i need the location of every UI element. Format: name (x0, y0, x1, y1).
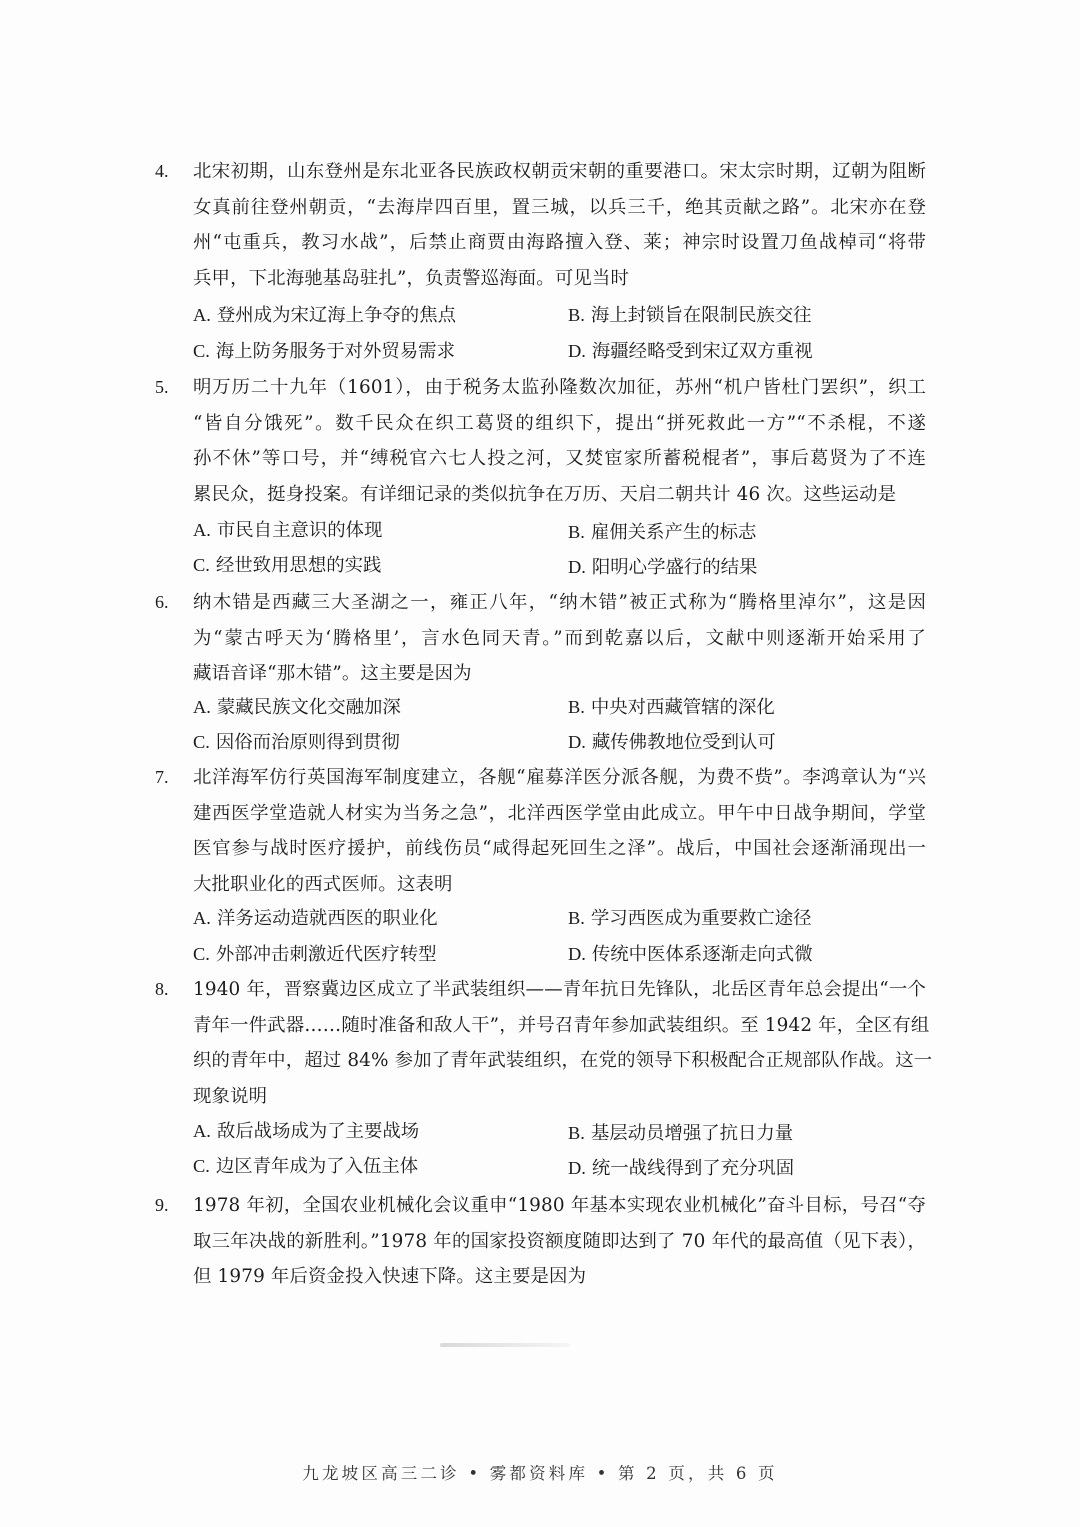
option-b[interactable]: B.雇佣关系产生的标志 (568, 515, 756, 551)
option-text: 海疆经略受到宋辽双方重视 (592, 341, 813, 362)
option-letter: C. (193, 1156, 210, 1176)
option-b[interactable]: B.基层动员增强了抗日力量 (568, 1116, 793, 1152)
option-c[interactable]: C.海上防务服务于对外贸易需求 (193, 334, 455, 370)
option-text: 基层动员增强了抗日力量 (591, 1123, 793, 1144)
option-letter: D. (568, 944, 586, 964)
question-number: 5. (155, 370, 169, 406)
stem-line: 1978 年初，全国农业机械化会议重申“1980 年基本实现农业机械化”奋斗目标… (193, 1188, 926, 1224)
option-a[interactable]: A.敌后战场成为了主要战场 (193, 1114, 419, 1150)
option-text: 蒙藏民族文化交融加深 (217, 697, 401, 718)
option-text: 登州成为宋辽海上争夺的焦点 (217, 305, 456, 326)
option-text: 敌后战场成为了主要战场 (217, 1121, 419, 1142)
option-text: 传统中医体系逐渐走向式微 (592, 944, 813, 965)
option-letter: B. (568, 908, 585, 928)
stem-line: 但 1979 年后资金投入快速下降。这主要是因为 (193, 1259, 926, 1295)
question-stem: 北宋初期，山东登州是东北亚各民族政权朝贡宋朝的重要港口。宋太宗时期，辽朝为阻断 … (193, 154, 933, 296)
option-text: 市民自主意识的体现 (217, 520, 383, 541)
option-c[interactable]: C.经世致用思想的实践 (193, 548, 381, 584)
option-text: 外部冲击刺激近代医疗转型 (216, 944, 437, 965)
question-number: 6. (155, 585, 169, 621)
option-letter: D. (568, 732, 586, 752)
question-number: 9. (155, 1188, 169, 1224)
stem-line: 累民众，挺身投案。有详细记录的类似抗争在万历、天启二朝共计 46 次。这些运动是 (193, 477, 926, 513)
option-letter: C. (193, 341, 210, 361)
stem-line: 孙不休”等口号，并“缚税官六七人投之河，又焚宦家所蓄税棍者”，事后葛贤为了不连 (193, 441, 926, 477)
option-a[interactable]: A.洋务运动造就西医的职业化 (193, 901, 438, 937)
question-stem: 明万历二十九年（1601），由于税务太监孙隆数次加征，苏州“机户皆杜门罢织”，织… (193, 370, 933, 512)
erased-mark (440, 1343, 570, 1347)
option-letter: A. (193, 520, 211, 540)
option-b[interactable]: B.海上封锁旨在限制民族交往 (568, 298, 812, 334)
option-text: 洋务运动造就西医的职业化 (217, 908, 438, 929)
option-letter: A. (193, 908, 211, 928)
exam-page: 4. 北宋初期，山东登州是东北亚各民族政权朝贡宋朝的重要港口。宋太宗时期，辽朝为… (0, 0, 1080, 1527)
option-d[interactable]: D.藏传佛教地位受到认可 (568, 725, 776, 761)
question-number: 4. (155, 154, 169, 190)
option-text: 海上防务服务于对外贸易需求 (216, 341, 455, 362)
stem-line: “皆自分饿死”。数千民众在织工葛贤的组织下，提出“拼死救此一方”“不杀棍，不遂 (193, 406, 926, 442)
stem-line: 大批职业化的西式医师。这表明 (193, 867, 926, 903)
option-letter: C. (193, 732, 210, 752)
page-footer: 九龙坡区高三二诊 • 雾都资料库 • 第 2 页，共 6 页 (0, 1460, 1080, 1484)
option-text: 边区青年成为了入伍主体 (216, 1156, 418, 1177)
stem-line: 取三年决战的新胜利。”1978 年的国家投资额度随即达到了 70 年代的最高值（… (193, 1224, 926, 1260)
stem-line: 藏语音译“那木错”。这主要是因为 (193, 656, 926, 692)
option-b[interactable]: B.中央对西藏管辖的深化 (568, 690, 775, 726)
option-letter: A. (193, 1121, 211, 1141)
question-stem: 纳木错是西藏三大圣湖之一，雍正八年，“纳木错”被正式称为“腾格里淖尔”，这是因 … (193, 585, 933, 692)
option-d[interactable]: D.统一战线得到了充分巩固 (568, 1151, 794, 1187)
question-stem: 北洋海军仿行英国海军制度建立，各舰“雇募洋医分派各舰，为费不赀”。李鸿章认为“兴… (193, 760, 933, 902)
option-b[interactable]: B.学习西医成为重要救亡途径 (568, 901, 812, 937)
option-letter: A. (193, 697, 211, 717)
option-text: 统一战线得到了充分巩固 (592, 1158, 794, 1179)
option-d[interactable]: D.海疆经略受到宋辽双方重视 (568, 334, 813, 370)
option-letter: B. (568, 1123, 585, 1143)
question-number: 7. (155, 760, 169, 796)
option-a[interactable]: A.登州成为宋辽海上争夺的焦点 (193, 298, 456, 334)
stem-line: 医官参与战时医疗援护，前线伤员“咸得起死回生之泽”。战后，中国社会逐渐涌现出一 (193, 831, 926, 867)
option-letter: B. (568, 522, 585, 542)
stem-line: 州“屯重兵，教习水战”，后禁止商贾由海路擅入登、莱；神宗时设置刀鱼战棹司“将带 (193, 225, 926, 261)
stem-line: 北宋初期，山东登州是东北亚各民族政权朝贡宋朝的重要港口。宋太宗时期，辽朝为阻断 (193, 154, 926, 190)
stem-line: 女真前往登州朝贡，“去海岸四百里，置三城，以兵三千，绝其贡献之路”。北宋亦在登 (193, 190, 926, 226)
option-letter: D. (568, 557, 586, 577)
option-text: 中央对西藏管辖的深化 (591, 697, 775, 718)
question-stem: 1978 年初，全国农业机械化会议重申“1980 年基本实现农业机械化”奋斗目标… (193, 1188, 933, 1295)
stem-line: 兵甲，下北海驰基岛驻扎”，负责警巡海面。可见当时 (193, 261, 926, 297)
option-d[interactable]: D.阳明心学盛行的结果 (568, 550, 757, 586)
option-letter: B. (568, 305, 585, 325)
option-text: 海上封锁旨在限制民族交往 (591, 305, 812, 326)
stem-line: 纳木错是西藏三大圣湖之一，雍正八年，“纳木错”被正式称为“腾格里淖尔”，这是因 (193, 585, 926, 621)
option-letter: D. (568, 1158, 586, 1178)
stem-line: 1940 年，晋察冀边区成立了半武装组织——青年抗日先锋队，北岳区青年总会提出“… (193, 972, 926, 1008)
option-letter: C. (193, 555, 210, 575)
stem-line: 现象说明 (193, 1079, 926, 1115)
option-letter: B. (568, 697, 585, 717)
option-text: 经世致用思想的实践 (216, 555, 382, 576)
option-text: 藏传佛教地位受到认可 (592, 732, 776, 753)
option-text: 雇佣关系产生的标志 (591, 522, 757, 543)
stem-line: 为“蒙古呼天为‘腾格里’，言水色同天青。”而到乾嘉以后，文献中则逐渐开始采用了 (193, 621, 926, 657)
question-number: 8. (155, 972, 169, 1008)
option-letter: D. (568, 341, 586, 361)
option-d[interactable]: D.传统中医体系逐渐走向式微 (568, 937, 813, 973)
option-a[interactable]: A.市民自主意识的体现 (193, 513, 382, 549)
stem-line: 北洋海军仿行英国海军制度建立，各舰“雇募洋医分派各舰，为费不赀”。李鸿章认为“兴 (193, 760, 926, 796)
option-c[interactable]: C.外部冲击刺激近代医疗转型 (193, 937, 437, 973)
stem-line: 明万历二十九年（1601），由于税务太监孙隆数次加征，苏州“机户皆杜门罢织”，织… (193, 370, 926, 406)
option-c[interactable]: C.边区青年成为了入伍主体 (193, 1149, 418, 1185)
stem-line: 建西医学堂造就人材实为当务之急”，北洋西医学堂由此成立。甲午中日战争期间，学堂 (193, 796, 926, 832)
option-text: 学习西医成为重要救亡途径 (591, 908, 812, 929)
option-c[interactable]: C.因俗而治原则得到贯彻 (193, 725, 400, 761)
stem-line: 织的青年中，超过 84% 参加了青年武装组织，在党的领导下积极配合正规部队作战。… (193, 1043, 926, 1079)
option-a[interactable]: A.蒙藏民族文化交融加深 (193, 690, 401, 726)
option-text: 阳明心学盛行的结果 (592, 557, 758, 578)
option-text: 因俗而治原则得到贯彻 (216, 732, 400, 753)
stem-line: 青年一件武器……随时准备和敌人干”，并号召青年参加武装组织。至 1942 年，全… (193, 1008, 926, 1044)
question-stem: 1940 年，晋察冀边区成立了半武装组织——青年抗日先锋队，北岳区青年总会提出“… (193, 972, 933, 1114)
option-letter: C. (193, 944, 210, 964)
option-letter: A. (193, 305, 211, 325)
